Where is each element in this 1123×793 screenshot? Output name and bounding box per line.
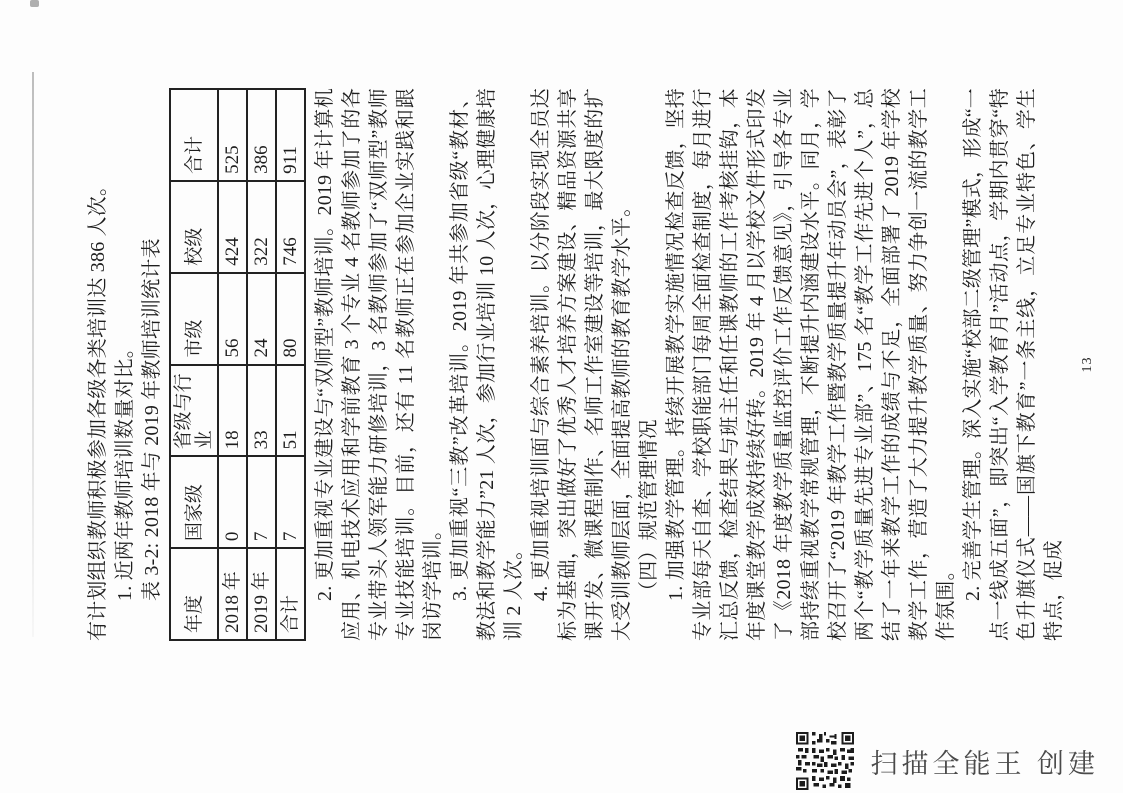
scan-artifact-line [32,72,34,637]
table-cell: 911 [276,89,305,181]
table-row-2019: 2019 年 7 33 24 322 386 [247,89,276,640]
paragraph-training-comparison: 1. 近两年教师培训数量对比。 [112,88,139,641]
table-header-cell: 国家级 [170,456,218,548]
camscanner-watermark: 扫描全能王 创建 [796,732,1099,790]
table-cell: 746 [276,181,305,273]
teacher-training-stats-table: 年度 国家级 省级与行业 市级 校级 合计 2018 年 0 18 56 424… [169,88,306,641]
qr-code-icon [796,732,854,790]
table-cell: 424 [218,181,247,273]
table-header-cell: 合计 [170,89,218,181]
table-cell: 51 [276,365,305,457]
paragraph-student-management: 2. 完善学生管理。深入实施“校部二级管理”模式，形成“一点一线成五面”，即突出… [960,88,1068,641]
table-cell: 525 [218,89,247,181]
table-cell: 2019 年 [247,548,276,640]
table-header-row: 年度 国家级 省级与行业 市级 校级 合计 [170,89,218,640]
table-cell: 合计 [276,548,305,640]
table-header-cell: 校级 [170,181,218,273]
paragraph-continuation: 有计划组织教师积极参加各级各类培训达 386 人次。 [85,88,112,641]
table-cell: 322 [247,181,276,273]
paragraph-comprehensive-training: 4. 更加重视培训面与综合素养培训。以分阶段实现全员达标为基础，突出做好了优秀人… [528,88,636,641]
table-cell: 80 [276,273,305,365]
table-cell: 7 [276,456,305,548]
paragraph-dual-qualified-training: 2. 更加重视专业建设与“双师型”教师培训。2019 年计算机应用、机电技术应用… [312,88,447,641]
table-cell: 0 [218,456,247,548]
page-number: 13 [1080,88,1096,641]
scanned-document-screenshot: 有计划组织教师积极参加各级各类培训达 386 人次。 1. 近两年教师培训数量对… [0,0,1123,793]
scan-artifact-smudge [30,0,39,7]
table-cell: 386 [247,89,276,181]
section-heading: （四）规范管理情况 [636,88,663,641]
table-caption: 表 3-2: 2018 年与 2019 年教师培训统计表 [139,88,166,641]
table-header-cell: 市级 [170,273,218,365]
table-header-cell: 年度 [170,548,218,640]
watermark-text: 扫描全能王 创建 [870,742,1099,781]
table-cell: 18 [218,365,247,457]
document-page: 有计划组织教师积极参加各级各类培训达 386 人次。 1. 近两年教师培训数量对… [0,0,1123,793]
table-cell: 7 [247,456,276,548]
table-cell: 56 [218,273,247,365]
table-row-total: 合计 7 51 80 746 911 [276,89,305,640]
table-cell: 2018 年 [218,548,247,640]
table-header-cell: 省级与行业 [170,365,218,457]
paragraph-teaching-management: 1. 加强教学管理。持续开展教学实施情况检查反馈，坚持专业部每天自查、学校职能部… [663,88,960,641]
table-cell: 24 [247,273,276,365]
table-cell: 33 [247,365,276,457]
table-row-2018: 2018 年 0 18 56 424 525 [218,89,247,640]
paragraph-three-education-reform: 3. 更加重视“三教”改革培训。2019 年共参加省级“教材、教法和教学能力”2… [447,88,528,641]
